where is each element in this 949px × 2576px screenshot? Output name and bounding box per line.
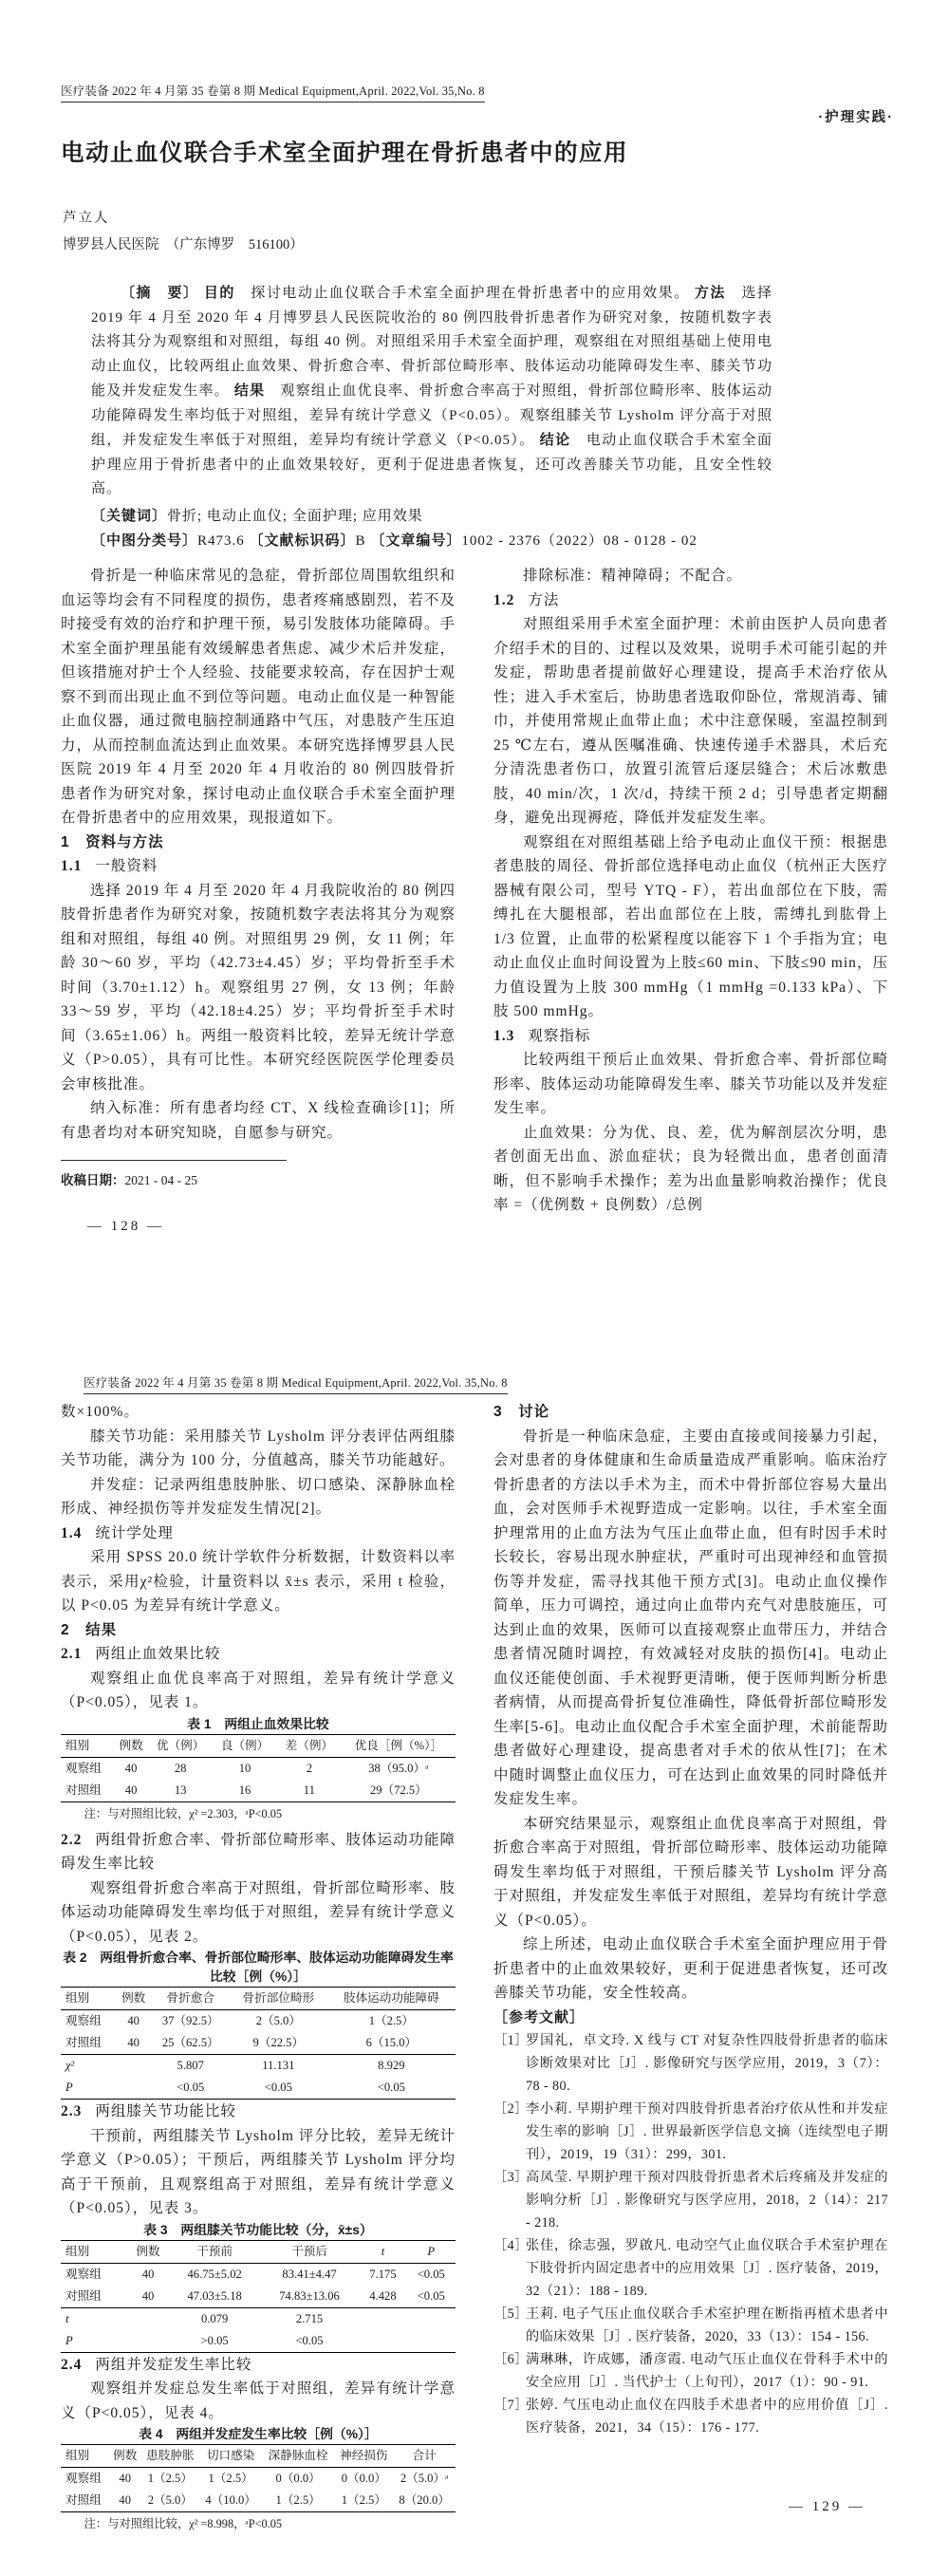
author-name: 芦立人 [63,207,110,227]
table-cell: 良（例） [213,1734,277,1757]
table-cell: 对照组 [61,2490,109,2512]
table-cell: 优（例） [148,1734,213,1757]
keywords-label: 〔关键词〕 [91,508,167,524]
section-heading-3: 3 讨论 [493,1400,888,1425]
reference-text: 张佳，徐志强，罗啟凡. 电动空气止血仪联合手术室护理在下肢骨折内固定患者中的应用… [526,2234,888,2303]
received-label: 收稿日期： [61,1173,125,1187]
table-cell [126,2307,169,2330]
table-cell: 0.079 [170,2307,260,2330]
abstract: 〔摘 要〕 目的 探讨电动止血仪联合手术室全面护理在骨折患者中的应用效果。 方法… [91,281,772,502]
table-cell [116,2077,152,2100]
heading-number: 1.1 [61,858,82,874]
reference-item: ［3］高凤莹. 早期护理干预对四肢骨折患者术后疼痛及并发症的影响分析［J］. 影… [493,2166,888,2234]
paragraph-control-group: 对照组采用手术室全面护理：术前由医护人员向患者介绍手术的目的、过程以及效果，说明… [493,612,888,831]
left-column: 骨折是一种临床常见的急症，骨折部位周围软组织和血运等均会有不同程度的损伤，患者疼… [61,564,456,1218]
table-cell: 11 [277,1780,342,1802]
table-cell: 深静脉血栓 [262,2445,334,2468]
table-cell: 组别 [61,1734,114,1757]
clc-value: R473.6 [197,533,250,549]
table-cell: 0（0.0） [334,2468,393,2491]
table-cell: 2（5.0） [230,2010,327,2033]
table-cell: 74.83±13.06 [260,2286,360,2308]
paragraph-hemostasis-continued: 数×100%。 [61,1400,456,1425]
paragraph-hemostasis: 止血效果：分为优、良、差，优为解剖层次分明，患者创面无出血、淤血症状；良为轻微出… [493,1121,888,1218]
section-heading-1-3: 1.3观察指标 [493,1024,888,1049]
paragraph-result-1: 观察组止血优良率高于对照组，差异有统计学意义（P<0.05），见表 1。 [61,1667,456,1715]
section-heading-1: 1 资料与方法 [61,831,456,855]
paragraph-exclusion: 排除标准：精神障碍；不配合。 [493,564,888,588]
table-cell: 13 [148,1780,213,1802]
table-cell: 肢体运动功能障碍 [327,1988,456,2010]
table-cell [407,2330,456,2353]
affiliation: 博罗县人民医院 （广东博罗 516100） [63,233,304,253]
keywords: 骨折; 电动止血仪; 全面护理; 应用效果 [167,509,423,524]
table-cell: 优良［例（%）］ [342,1734,456,1757]
section-heading-1-4: 1.4统计学处理 [61,1521,456,1546]
column-tag: ·护理实践· [818,106,894,126]
table-row: 对照组 40 47.03±5.18 74.83±13.06 4.428 <0.0… [61,2286,456,2308]
table-2-caption: 表 2 两组骨折愈合率、骨折部位畸形率、肢体运动功能障碍发生率比较［例（%）］ [61,1949,456,1987]
table-cell [126,2330,169,2353]
two-column-body: 数×100%。 膝关节功能：采用膝关节 Lysholm 评分表评估两组膝关节功能… [61,1400,888,2538]
table-header-row: 组别 例数 骨折愈合 骨折部位畸形 肢体运动功能障碍 [61,1988,456,2010]
heading-number: 2.4 [61,2357,82,2373]
paragraph-complications: 并发症：记录两组患肢肿胀、切口感染、深静脉血栓形成、神经损伤等并发症发生情况[2… [61,1473,456,1521]
reference-item: ［4］张佳，徐志强，罗啟凡. 电动空气止血仪联合手术室护理在下肢骨折内固定患者中… [493,2234,888,2303]
received-date-footnote: 收稿日期：2021 - 04 - 25 [61,1160,456,1188]
table-cell: 例数 [114,1734,148,1757]
table-cell: P [407,2240,456,2263]
table-row: 对照组 40 13 16 11 29（72.5） [61,1780,456,1802]
table-cell: 9（22.5） [230,2032,327,2055]
reference-number: ［1］ [493,2029,526,2098]
table-cell: 骨折愈合 [152,1988,230,2010]
heading-title: 统计学处理 [95,1525,174,1541]
table-cell: 4（10.0） [199,2490,262,2512]
table-cell: <0.05 [327,2077,456,2100]
table-row: 对照组 40 25（62.5） 9（22.5） 6（15.0） [61,2032,456,2055]
footnote-rule [61,1160,287,1161]
table-row: χ² 5.807 11.131 8.929 [61,2055,456,2078]
reference-text: 罗国礼，卓文玲. X 线与 CT 对复杂性四肢骨折患者的临床诊断效果对比［J］.… [526,2029,888,2098]
right-column: 排除标准：精神障碍；不配合。 1.2方法 对照组采用手术室全面护理：术前由医护人… [493,564,888,1218]
section-heading-2-2: 2.2两组骨折愈合率、骨折部位畸形率、肢体运动功能障碍发生率比较 [61,1828,456,1876]
clc-label: 〔中图分类号〕 [91,532,197,549]
table-cell: 8.929 [327,2055,456,2078]
paragraph-statistics: 采用 SPSS 20.0 统计学软件分析数据，计数资料以率表示，采用χ²检验，计… [61,1545,456,1618]
table-cell: 切口感染 [199,2445,262,2468]
table-cell: χ² [61,2055,116,2078]
paragraph-knee-function: 膝关节功能：采用膝关节 Lysholm 评分表评估两组膝关节功能，满分为 100… [61,1425,456,1473]
reference-text: 李小莉. 早期护理干预对四肢骨折患者治疗依从性和并发症发生率的影响［J］. 世界… [526,2098,888,2166]
table-cell: 2（5.0）ᵃ [393,2468,456,2491]
table-cell: 组别 [61,2240,126,2263]
paragraph-observation-group: 观察组在对照组基础上给予电动止血仪干预：根据患者患肢的周径、骨折部位选择电动止血… [493,831,888,1024]
table-cell: <0.05 [152,2077,230,2100]
abstract-objective-label: 目的 [204,285,235,301]
table-row: 对照组 40 2（5.0） 4（10.0） 1（2.5） 1（2.5） 8（20… [61,2490,456,2512]
table-cell [407,2307,456,2330]
reference-number: ［4］ [493,2234,526,2303]
abstract-results-label: 结果 [234,383,265,399]
table-4-note: 注：与对照组比较，χ² =8.998，ᵃP<0.05 [61,2515,456,2532]
heading-number: 2.1 [61,1646,82,1662]
table-cell: 28 [148,1757,213,1780]
paragraph-result-2: 观察组骨折愈合率高于对照组，骨折部位畸形率、肢体运动功能障碍发生率均低于对照组，… [61,1876,456,1950]
abstract-methods-label: 方法 [695,285,726,301]
table-cell: 16 [213,1780,277,1802]
reference-item: ［6］满琳琳，许成娜，潘彦霞. 电动气压止血仪在骨科手术中的安全应用［J］. 当… [493,2348,888,2394]
table-cell: 1（2.5） [140,2468,199,2491]
doc-code-label: 〔文献标识码〕 [250,532,356,549]
reference-text: 满琳琳，许成娜，潘彦霞. 电动气压止血仪在骨科手术中的安全应用［J］. 当代护士… [526,2348,888,2394]
doc-code-value: B [356,533,371,549]
table-cell: 观察组 [61,2010,116,2033]
section-heading-2-1: 2.1两组止血效果比较 [61,1642,456,1667]
table-header-row: 组别 例数 患肢肿胀 切口感染 深静脉血栓 神经损伤 合计 [61,2445,456,2468]
abstract-objective: 探讨电动止血仪联合手术室全面护理在骨折患者中的应用效果。 [235,286,690,301]
table-cell: 46.75±5.02 [170,2263,260,2286]
table-cell: 2.715 [260,2307,360,2330]
left-column: 数×100%。 膝关节功能：采用膝关节 Lysholm 评分表评估两组膝关节功能… [61,1400,456,2538]
section-heading-1-1: 1.1一般资料 [61,854,456,879]
table-3-caption: 表 3 两组膝关节功能比较（分，x̄±s） [61,2221,456,2240]
page-1: 医疗装备 2022 年 4 月第 35 卷第 8 期 Medical Equip… [0,0,949,1288]
right-column: 3 讨论 骨折是一种临床急症，主要由直接或间接暴力引起，会对患者的身体健康和生命… [493,1400,888,2538]
table-header-row: 组别 例数 优（例） 良（例） 差（例） 优良［例（%）］ [61,1734,456,1757]
heading-title: 两组并发症发生率比较 [95,2357,251,2373]
table-cell: 1（2.5） [327,2010,456,2033]
reference-number: ［3］ [493,2166,526,2234]
table-cell [359,2330,406,2353]
table-cell [359,2307,406,2330]
table-cell: 83.41±4.47 [260,2263,360,2286]
table-cell: 骨折部位畸形 [230,1988,327,2010]
paragraph-discussion-2: 本研究结果显示，观察组止血优良率高于对照组，骨折愈合率高于对照组，骨折部位畸形率… [493,1812,888,1933]
page-number-128: — 128 — [87,1219,164,1235]
heading-title: 两组骨折愈合率、骨折部位畸形率、肢体运动功能障碍发生率比较 [61,1832,456,1873]
table-cell: 干预前 [170,2240,260,2263]
table-cell: 38（95.0）ᵃ [342,1757,456,1780]
table-cell: 观察组 [61,2263,126,2286]
heading-title: 两组止血效果比较 [95,1646,220,1662]
section-heading-1-2: 1.2方法 [493,588,888,613]
reference-number: ［6］ [493,2348,526,2394]
table-cell: 0（0.0） [262,2468,334,2491]
table-cell: 观察组 [61,2468,109,2491]
table-4: 组别 例数 患肢肿胀 切口感染 深静脉血栓 神经损伤 合计 观察组 40 1（2… [61,2444,456,2512]
article-id-value: 1002 - 2376（2022）08 - 0128 - 02 [461,533,698,549]
table-cell: 观察组 [61,1757,114,1780]
table-row: 观察组 40 46.75±5.02 83.41±4.47 7.175 <0.05 [61,2263,456,2286]
journal-header: 医疗装备 2022 年 4 月第 35 卷第 8 期 Medical Equip… [61,82,485,103]
section-heading-2-4: 2.4两组并发症发生率比较 [61,2353,456,2378]
journal-header: 医疗装备 2022 年 4 月第 35 卷第 8 期 Medical Equip… [84,1373,508,1394]
front-matter: 〔摘 要〕 目的 探讨电动止血仪联合手术室全面护理在骨折患者中的应用效果。 方法… [91,281,772,554]
table-cell: 对照组 [61,1780,114,1802]
table-cell: 7.175 [359,2263,406,2286]
table-cell: 合计 [393,2445,456,2468]
table-4-caption: 表 4 两组并发症发生率比较［例（%）］ [61,2425,456,2444]
reference-item: ［7］张婷. 气压电动止血仪在四肢手术患者中的应用价值［J］. 医疗装备，202… [493,2394,888,2439]
paragraph-inclusion: 纳入标准：所有患者均经 CT、X 线检查确诊[1]；所有患者均对本研究知晓，自愿… [61,1096,456,1145]
table-cell [116,2055,152,2078]
table-cell: P [61,2330,126,2353]
abstract-methods: 选择 2019 年 4 月至 2020 年 4 月博罗县人民医院收治的 80 例… [91,286,772,399]
table-cell: 25（62.5） [152,2032,230,2055]
table-cell: 干预后 [260,2240,360,2263]
reference-text: 高凤莹. 早期护理干预对四肢骨折患者术后疼痛及并发症的影响分析［J］. 影像研究… [526,2166,888,2234]
table-cell: 40 [116,2032,152,2055]
table-cell: 37（92.5） [152,2010,230,2033]
table-row: P <0.05 <0.05 <0.05 [61,2077,456,2100]
table-header-row: 组别 例数 干预前 干预后 t P [61,2240,456,2263]
table-cell: 40 [114,1757,148,1780]
table-cell: 组别 [61,1988,116,2010]
table-cell: 差（例） [277,1734,342,1757]
clc-line: 〔中图分类号〕R473.6 〔文献标识码〕B 〔文章编号〕1002 - 2376… [91,529,772,554]
table-cell: 1（2.5） [262,2490,334,2512]
reference-item: ［1］罗国礼，卓文玲. X 线与 CT 对复杂性四肢骨折患者的临床诊断效果对比［… [493,2029,888,2098]
table-cell: t [61,2307,126,2330]
table-3: 组别 例数 干预前 干预后 t P 观察组 40 46.75±5.02 83.4… [61,2240,456,2353]
table-cell: 6（15.0） [327,2032,456,2055]
table-row: P >0.05 <0.05 [61,2330,456,2353]
table-cell: <0.05 [230,2077,327,2100]
section-heading-2: 2 结果 [61,1618,456,1643]
reference-text: 王莉. 电子气压止血仪联合手术室护理在断指再植术患者中的临床效果［J］. 医疗装… [526,2303,888,2348]
heading-title: 一般资料 [95,858,158,874]
table-cell: 对照组 [61,2286,126,2308]
references-heading: ［参考文献］ [493,2006,888,2030]
reference-item: ［5］王莉. 电子气压止血仪联合手术室护理在断指再植术患者中的临床效果［J］. … [493,2303,888,2348]
table-cell: 5.807 [152,2055,230,2078]
table-cell: 40 [126,2286,169,2308]
table-cell: P [61,2077,116,2100]
table-cell: 1（2.5） [334,2490,393,2512]
heading-number: 1.4 [61,1525,82,1541]
table-cell: 40 [109,2490,140,2512]
table-cell: t [359,2240,406,2263]
heading-number: 1.3 [493,1028,514,1044]
table-cell: <0.05 [407,2263,456,2286]
heading-number: 2.2 [61,1832,82,1848]
table-cell: 4.428 [359,2286,406,2308]
table-cell: 47.03±5.18 [170,2286,260,2308]
reference-number: ［2］ [493,2098,526,2166]
table-row: t 0.079 2.715 [61,2307,456,2330]
table-cell: 神经损伤 [334,2445,393,2468]
table-cell: >0.05 [170,2330,260,2353]
table-cell: 40 [109,2468,140,2491]
heading-number: 1.2 [493,592,514,608]
paragraph-discussion-3: 综上所述，电动止血仪联合手术室全面护理应用于骨折患者中的止血效果较好，更利于促进… [493,1932,888,2006]
table-cell: 40 [126,2263,169,2286]
reference-number: ［7］ [493,2394,526,2439]
table-cell: 患肢肿胀 [140,2445,199,2468]
table-1: 组别 例数 优（例） 良（例） 差（例） 优良［例（%）］ 观察组 40 28 … [61,1734,456,1802]
abstract-label: 〔摘 要〕 [121,285,199,301]
table-cell: 例数 [109,2445,140,2468]
section-heading-2-3: 2.3两组膝关节功能比较 [61,2100,456,2124]
article-id-label: 〔文章编号〕 [370,532,461,549]
table-cell: 例数 [116,1988,152,2010]
heading-number: 2.3 [61,2103,82,2119]
article-title: 电动止血仪联合手术室全面护理在骨折患者中的应用 [61,135,628,168]
table-row: 观察组 40 1（2.5） 1（2.5） 0（0.0） 0（0.0） 2（5.0… [61,2468,456,2491]
table-cell: 对照组 [61,2032,116,2055]
page-number-129: — 129 — [789,2499,865,2515]
table-cell: 10 [213,1757,277,1780]
paragraph-result-3: 干预前，两组膝关节 Lysholm 评分比较，差异无统计学意义（P>0.05）；… [61,2124,456,2221]
table-1-caption: 表 1 两组止血效果比较 [61,1715,456,1734]
reference-item: ［2］李小莉. 早期护理干预对四肢骨折患者治疗依从性和并发症发生率的影响［J］.… [493,2098,888,2166]
table-row: 观察组 40 28 10 2 38（95.0）ᵃ [61,1757,456,1780]
heading-title: 两组膝关节功能比较 [95,2103,236,2119]
page-2: 医疗装备 2022 年 4 月第 35 卷第 8 期 Medical Equip… [0,1288,949,2576]
paragraph-indicators: 比较两组干预后止血效果、骨折愈合率、骨折部位畸形率、肢体运动功能障碍发生率、膝关… [493,1048,888,1121]
paragraph-discussion-1: 骨折是一种临床急症，主要由直接或间接暴力引起，会对患者的身体健康和生命质量造成严… [493,1425,888,1812]
table-cell: 8（20.0） [393,2490,456,2512]
received-date: 2021 - 04 - 25 [125,1173,198,1187]
paragraph-general-data: 选择 2019 年 4 月至 2020 年 4 月我院收治的 80 例四肢骨折患… [61,879,456,1097]
table-cell: <0.05 [407,2286,456,2308]
table-cell: 例数 [126,2240,169,2263]
table-cell: <0.05 [260,2330,360,2353]
reference-number: ［5］ [493,2303,526,2348]
paragraph-result-4: 观察组并发症总发生率低于对照组，差异有统计学意义（P<0.05），见表 4。 [61,2377,456,2425]
table-cell: 1（2.5） [199,2468,262,2491]
table-cell: 40 [114,1780,148,1802]
paragraph-intro: 骨折是一种临床常见的急症，骨折部位周围软组织和血运等均会有不同程度的损伤，患者疼… [61,564,456,831]
keywords-line: 〔关键词〕骨折; 电动止血仪; 全面护理; 应用效果 [91,504,772,530]
table-2: 组别 例数 骨折愈合 骨折部位畸形 肢体运动功能障碍 观察组 40 37（92.… [61,1987,456,2100]
two-column-body: 骨折是一种临床常见的急症，骨折部位周围软组织和血运等均会有不同程度的损伤，患者疼… [61,564,888,1218]
table-cell: 2（5.0） [140,2490,199,2512]
reference-text: 张婷. 气压电动止血仪在四肢手术患者中的应用价值［J］. 医疗装备，2021，3… [526,2394,888,2439]
heading-title: 观察指标 [528,1028,590,1044]
table-row: 观察组 40 37（92.5） 2（5.0） 1（2.5） [61,2010,456,2033]
abstract-conclusion-label: 结论 [540,432,571,448]
table-cell: 11.131 [230,2055,327,2078]
table-1-note: 注：与对照组比较，χ² =2.303，ᵃP<0.05 [61,1805,456,1822]
heading-title: 方法 [528,592,559,608]
table-cell: 29（72.5） [342,1780,456,1802]
table-cell: 组别 [61,2445,109,2468]
table-cell: 2 [277,1757,342,1780]
table-cell: 40 [116,2010,152,2033]
